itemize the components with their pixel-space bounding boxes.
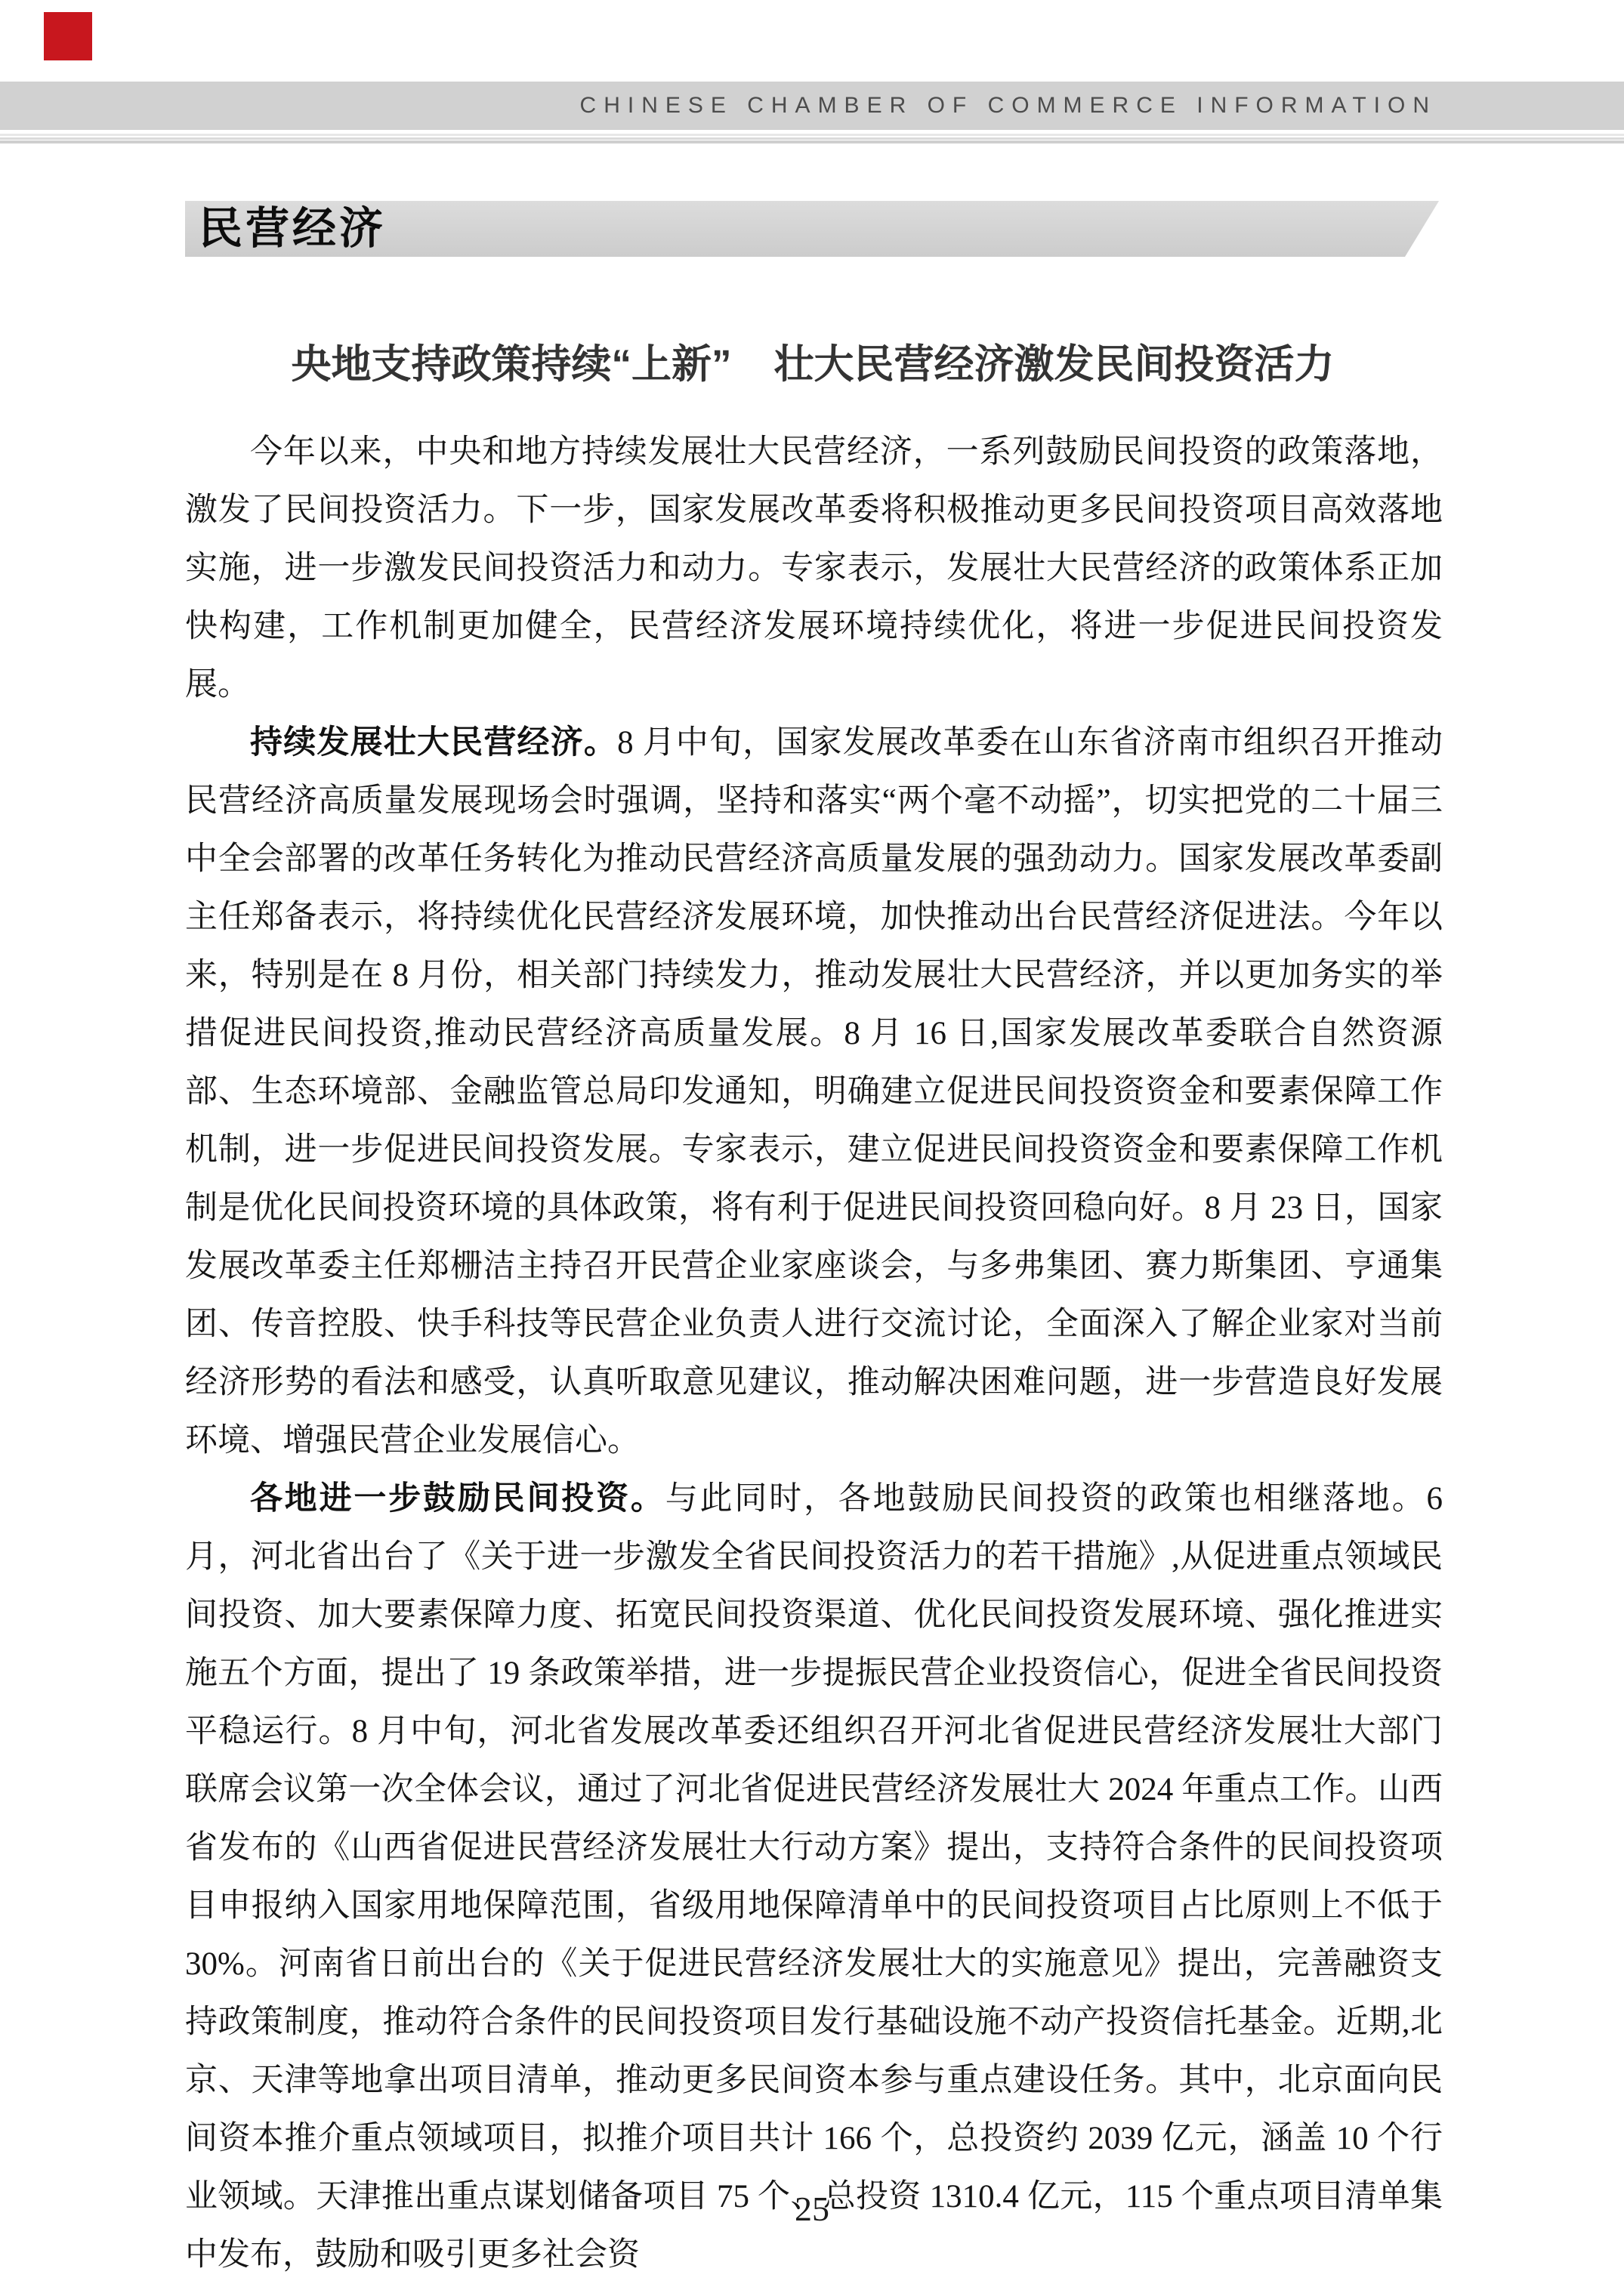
paragraph-lead: 各地进一步鼓励民间投资。 xyxy=(250,1480,665,1517)
article-title-right: 壮大民营经济激发民间投资活力 xyxy=(774,332,1335,390)
body-paragraph: 持续发展壮大民营经济。8 月中旬，国家发展改革委在山东省济南市组织召开推动民营经… xyxy=(185,714,1443,1470)
body-paragraph: 今年以来，中央和地方持续发展壮大民营经济，一系列鼓励民间投资的政策落地，激发了民… xyxy=(185,423,1443,714)
page-number: 25 xyxy=(0,2189,1624,2229)
section-banner: 民营经济 xyxy=(185,201,1439,257)
section-label: 民营经济 xyxy=(185,207,386,251)
paragraph-text: 与此同时，各地鼓励民间投资的政策也相继落地。6 月，河北省出台了《关于进一步激发… xyxy=(185,1481,1443,2273)
corner-red-square xyxy=(44,12,92,60)
paragraph-lead: 持续发展壮大民营经济。 xyxy=(250,724,617,761)
paragraph-text: 8 月中旬，国家发展改革委在山东省济南市组织召开推动民营经济高质量发展现场会时强… xyxy=(185,725,1443,1458)
newsletter-page: CHINESE CHAMBER OF COMMERCE INFORMATION … xyxy=(0,0,1624,2293)
masthead-caption: CHINESE CHAMBER OF COMMERCE INFORMATION xyxy=(580,93,1437,119)
paragraph-text: 今年以来，中央和地方持续发展壮大民营经济，一系列鼓励民间投资的政策落地，激发了民… xyxy=(185,434,1443,702)
article-title-left: 央地支持政策持续“上新” xyxy=(292,332,732,390)
article-body: 今年以来，中央和地方持续发展壮大民营经济，一系列鼓励民间投资的政策落地，激发了民… xyxy=(185,423,1443,2284)
body-paragraph: 各地进一步鼓励民间投资。与此同时，各地鼓励民间投资的政策也相继落地。6 月，河北… xyxy=(185,1470,1443,2284)
article-title: 央地支持政策持续“上新” 壮大民营经济激发民间投资活力 xyxy=(185,332,1440,390)
masthead-stripes xyxy=(0,134,1624,144)
masthead-band: CHINESE CHAMBER OF COMMERCE INFORMATION xyxy=(0,82,1624,130)
